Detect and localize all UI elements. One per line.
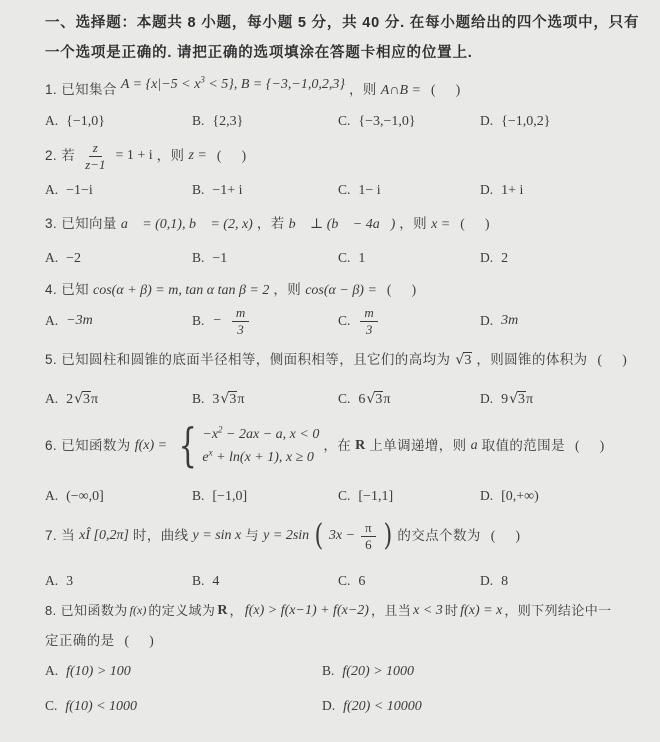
exam-page: 一、选择题：本题共 8 小题，每小题 5 分，共 40 分. 在每小题给出的四个… <box>0 0 660 742</box>
q3-x-expr: x = <box>431 216 450 234</box>
q5-option-a: A.2√3π <box>45 391 192 409</box>
q3-answer-blank: ( ) <box>460 216 489 233</box>
q2-frac-denominator: z−1 <box>81 157 109 173</box>
q4-option-a-value: −3m <box>66 312 93 330</box>
q4-option-b-denominator: 3 <box>233 322 248 338</box>
question-5-stem: 5. 已知圆柱和圆锥的底面半径相等，侧面积相等，且它们的高均为 √3 ，则圆锥的… <box>45 352 648 370</box>
q5-option-b-value: 3√3π <box>212 391 244 409</box>
q2-z-expr: z = <box>188 147 206 165</box>
q1-option-d-value: {−1,0,2} <box>501 113 550 131</box>
q7-curve1-formula: y = sin x <box>193 527 242 545</box>
question-6-stem: 6. 已知函数为 f(x) = { −x2 − 2ax − a, x < 0 e… <box>45 422 648 470</box>
q8-inequality-formula: f(x) > f(x−1) + f(x−2) <box>245 602 369 620</box>
question-8-options-row-1: A.f(10) > 100 B.f(20) > 1000 <box>45 663 648 681</box>
q1-option-d-label: D. <box>480 113 493 130</box>
q8-answer-blank: ( ) <box>125 633 154 650</box>
q6-post2-text: 取值的范围是 <box>482 438 565 455</box>
q1-option-d: D.{−1,0,2} <box>480 113 648 131</box>
q7-mid2-text: 与 <box>245 528 259 545</box>
q2-option-b-label: B. <box>192 182 204 199</box>
q5-option-d-coef: 9 <box>501 392 508 407</box>
q1-option-c-label: C. <box>338 113 350 130</box>
q5-option-c-radicand: 3 <box>374 391 383 407</box>
q6-row1-rest: − 2ax − a, x < 0 <box>223 427 320 442</box>
q7-curve2-formula: y = 2sin <box>263 527 309 545</box>
q5-option-d: D.9√3π <box>480 391 648 409</box>
q5-option-c-pi: π <box>383 392 390 407</box>
q8-cn2-text: 的定义域为 <box>148 603 215 619</box>
question-2-options: A.−1−i B.−1+ i C.1− i D.1+ i <box>45 182 648 200</box>
q6-option-b-value: [−1,0] <box>212 488 247 506</box>
q3-perpendicular-formula: b⃗ ⊥ (b⃗ − 4a⃗) <box>289 216 396 234</box>
q8-cn4-text: 时 <box>445 603 458 619</box>
question-8-stem-line-2: 定正确的是 ( ) <box>45 633 648 650</box>
q1-set-b: < 5}, B = {−3,−1,0,2,3} <box>205 77 345 92</box>
exam-header-line-2: 一个选项是正确的. 请把正确的选项填涂在答题卡相应的位置上. <box>45 44 648 62</box>
q5-option-d-label: D. <box>480 391 493 408</box>
q6-piecewise: { −x2 − 2ax − a, x < 0 ex + ln(x + 1), x… <box>173 426 319 466</box>
q4-option-d-value: 3m <box>501 312 518 330</box>
q8-option-c-label: C. <box>45 698 57 715</box>
q6-a-variable: a <box>471 437 478 455</box>
q4-trig-formula: cos(α + β) = m, tan α tan β = 2 <box>93 282 269 300</box>
q8-option-b-value: f(20) > 1000 <box>342 663 414 681</box>
q5-option-a-coef: 2 <box>66 392 73 407</box>
q2-option-a: A.−1−i <box>45 182 192 200</box>
q7-frac-numerator: π <box>361 520 376 537</box>
q2-option-a-value: −1−i <box>66 182 93 200</box>
q3-option-b-label: B. <box>192 250 204 267</box>
q2-option-c-label: C. <box>338 182 350 199</box>
q1-option-c: C.{−3,−1,0} <box>338 113 480 131</box>
q7-option-c: C.6 <box>338 573 480 591</box>
q8-option-a-value: f(10) > 100 <box>66 663 131 681</box>
q3-option-d-value: 2 <box>501 250 508 268</box>
q7-option-a-value: 3 <box>66 573 73 591</box>
q8-option-d-label: D. <box>322 698 335 715</box>
q6-option-b-label: B. <box>192 488 204 505</box>
q4-option-c-denominator: 3 <box>362 322 377 338</box>
q6-answer-blank: ( ) <box>575 438 604 455</box>
q6-option-b: B.[−1,0] <box>192 488 338 506</box>
q5-option-d-pi: π <box>526 392 533 407</box>
q7-option-b: B.4 <box>192 573 338 591</box>
question-4-options: A.−3m B.−m3 C.m3 D.3m <box>45 303 648 339</box>
q5-option-c-coef: 6 <box>358 392 365 407</box>
q8-option-a-label: A. <box>45 663 58 680</box>
q4-option-c: C.m3 <box>338 305 480 337</box>
q5-option-b-radicand: 3 <box>228 391 237 407</box>
q6-option-d: D.[0,+∞) <box>480 488 648 506</box>
q5-sqrt3: √3 <box>454 352 472 370</box>
q6-piecewise-rows: −x2 − 2ax − a, x < 0 ex + ln(x + 1), x ≥… <box>202 426 319 466</box>
q7-answer-blank: ( ) <box>491 528 520 545</box>
q3-option-a: A.−2 <box>45 250 192 268</box>
q6-fx-expr: f(x) = <box>135 437 167 455</box>
q7-pi-fraction: π6 <box>361 520 376 552</box>
q8-option-b-label: B. <box>322 663 334 680</box>
q5-option-b-label: B. <box>192 391 204 408</box>
q2-pre-text: 2. 若 <box>45 148 75 165</box>
q2-frac-numerator: z <box>89 140 102 157</box>
q6-option-a-label: A. <box>45 488 58 505</box>
q5-answer-blank: ( ) <box>598 352 627 369</box>
q8-line2-text: 定正确的是 <box>45 633 115 650</box>
q6-option-d-value: [0,+∞) <box>501 488 539 506</box>
q7-mid-text: 时，曲线 <box>133 528 189 545</box>
question-8-options-row-2: C.f(10) < 1000 D.f(20) < 10000 <box>45 698 648 716</box>
q5-option-a-label: A. <box>45 391 58 408</box>
q2-option-d-label: D. <box>480 182 493 199</box>
q8-cn5-text: ，则下列结论中一 <box>504 603 611 619</box>
q2-answer-blank: ( ) <box>217 148 246 165</box>
header-text-1: 一、选择题：本题共 8 小题，每小题 5 分，共 40 分. 在每小题给出的四个… <box>45 14 639 32</box>
question-7-stem: 7. 当 xÎ [0,2π] 时，曲线 y = sin x 与 y = 2sin… <box>45 515 648 557</box>
q4-option-b-label: B. <box>192 313 204 330</box>
q3-option-d-label: D. <box>480 250 493 267</box>
q4-option-c-numerator: m <box>360 305 377 322</box>
q1-option-b: B.{2,3} <box>192 113 338 131</box>
q4-option-d: D.3m <box>480 312 648 330</box>
q3-pre-text: 3. 已知向量 <box>45 216 117 233</box>
q6-reals-symbol: R <box>355 437 365 455</box>
q4-option-a: A.−3m <box>45 312 192 330</box>
q3-vectors-formula: a⃗ = (0,1), b⃗ = (2, x) <box>121 216 253 234</box>
q7-option-d-value: 8 <box>501 573 508 591</box>
q2-equation: = 1 + i <box>115 147 152 165</box>
q6-option-c-value: [−1,1] <box>358 488 393 506</box>
q3-option-d: D.2 <box>480 250 648 268</box>
q6-row2-rest: + ln(x + 1), x ≥ 0 <box>213 450 314 465</box>
q2-option-b-value: −1+ i <box>212 182 242 200</box>
q5-option-c-label: C. <box>338 391 350 408</box>
q3-mid-text: ，若 <box>257 216 285 233</box>
q1-option-a-value: {−1,0} <box>66 113 105 131</box>
header-text-2: 一个选项是正确的. 请把正确的选项填涂在答题卡相应的位置上. <box>45 44 473 62</box>
q3-option-b-value: −1 <box>212 250 227 268</box>
q4-option-b-numerator: m <box>232 305 249 322</box>
question-5-options: A.2√3π B.3√3π C.6√3π D.9√3π <box>45 391 648 409</box>
q6-option-c: C.[−1,1] <box>338 488 480 506</box>
q7-pre-text: 7. 当 <box>45 528 75 545</box>
q5-option-c: C.6√3π <box>338 391 480 409</box>
q1-intersection-expr: A∩B = <box>381 82 421 100</box>
q3-option-b: B.−1 <box>192 250 338 268</box>
q5-option-c-value: 6√3π <box>358 391 390 409</box>
q6-option-a-value: (−∞,0] <box>66 488 104 506</box>
q2-option-c: C.1− i <box>338 182 480 200</box>
q7-option-c-label: C. <box>338 573 350 590</box>
q4-option-d-label: D. <box>480 313 493 330</box>
q1-pre-text: 1. 已知集合 <box>45 82 117 99</box>
q7-option-a-label: A. <box>45 573 58 590</box>
q3-option-c-label: C. <box>338 250 350 267</box>
question-8-stem-line-1: 8. 已知函数为 f(x) 的定义域为 R ， f(x) > f(x−1) + … <box>45 602 648 620</box>
q7-option-d-label: D. <box>480 573 493 590</box>
q2-option-c-value: 1− i <box>358 182 380 200</box>
q5-option-a-radicand: 3 <box>82 391 91 407</box>
question-1-options: A.{−1,0} B.{2,3} C.{−3,−1,0} D.{−1,0,2} <box>45 113 648 131</box>
q4-option-c-fraction: m3 <box>360 305 377 337</box>
question-6-options: A.(−∞,0] B.[−1,0] C.[−1,1] D.[0,+∞) <box>45 488 648 506</box>
q7-option-a: A.3 <box>45 573 192 591</box>
q1-mid-text: ，则 <box>349 82 377 99</box>
q6-option-c-label: C. <box>338 488 350 505</box>
q7-option-b-value: 4 <box>212 573 219 591</box>
q7-option-b-label: B. <box>192 573 204 590</box>
q7-option-c-value: 6 <box>358 573 365 591</box>
q1-set-a: A = {x|−5 < x <box>121 77 201 92</box>
q7-option-d: D.8 <box>480 573 648 591</box>
q5-option-b-coef: 3 <box>212 392 219 407</box>
q6-piecewise-row-2: ex + ln(x + 1), x ≥ 0 <box>202 449 319 467</box>
question-2-stem: 2. 若 zz−1 = 1 + i ，则 z = ( ) <box>45 138 648 174</box>
q2-fraction: zz−1 <box>81 140 109 172</box>
q8-reals-symbol: R <box>217 602 227 620</box>
q2-mid-text: ，则 <box>157 148 185 165</box>
q6-option-d-label: D. <box>480 488 493 505</box>
q6-post-text: 上单调递增，则 <box>369 438 466 455</box>
q8-option-c: C.f(10) < 1000 <box>45 698 322 716</box>
q8-cn1-text: 8. 已知函数为 <box>45 603 128 619</box>
q8-option-d-value: f(20) < 10000 <box>343 698 422 716</box>
q7-post-text: 的交点个数为 <box>397 528 480 545</box>
q8-cn3-text: ，且当 <box>371 603 411 619</box>
q5-option-b-pi: π <box>237 392 244 407</box>
q6-piecewise-row-1: −x2 − 2ax − a, x < 0 <box>202 426 319 444</box>
q1-set-formula: A = {x|−5 < x3 < 5}, B = {−3,−1,0,2,3} <box>121 76 345 94</box>
q1-option-c-value: {−3,−1,0} <box>358 113 415 131</box>
q2-option-b: B.−1+ i <box>192 182 338 200</box>
q3-option-c: C.1 <box>338 250 480 268</box>
q4-mid-text: ，则 <box>273 282 301 299</box>
q7-open-paren: ( <box>315 524 324 548</box>
q1-option-a: A.{−1,0} <box>45 113 192 131</box>
q6-mid-text: ，在 <box>323 438 351 455</box>
q5-radicand: 3 <box>463 352 472 368</box>
q6-piecewise-brace: { <box>179 426 197 465</box>
q4-option-b: B.−m3 <box>192 305 338 337</box>
q7-domain-formula: xÎ [0,2π] <box>79 527 129 545</box>
q5-pre-text: 5. 已知圆柱和圆锥的底面半径相等，侧面积相等，且它们的高均为 <box>45 352 450 369</box>
q4-cos-expr: cos(α − β) = <box>305 282 377 300</box>
q4-option-b-fraction: m3 <box>232 305 249 337</box>
q8-fx-small: f(x) <box>130 603 147 618</box>
q6-option-a: A.(−∞,0] <box>45 488 192 506</box>
q4-answer-blank: ( ) <box>387 282 416 299</box>
q1-answer-blank: ( ) <box>431 82 460 99</box>
q6-row1-base: −x <box>202 427 218 442</box>
q5-option-b: B.3√3π <box>192 391 338 409</box>
q4-option-a-label: A. <box>45 313 58 330</box>
question-3-stem: 3. 已知向量 a⃗ = (0,1), b⃗ = (2, x) ，若 b⃗ ⊥ … <box>45 216 648 234</box>
q4-option-b-minus: − <box>212 312 221 330</box>
q2-option-d-value: 1+ i <box>501 182 523 200</box>
q8-option-a: A.f(10) > 100 <box>45 663 322 681</box>
q8-option-c-value: f(10) < 1000 <box>65 698 137 716</box>
question-7-options: A.3 B.4 C.6 D.8 <box>45 573 648 591</box>
q8-option-b: B.f(20) > 1000 <box>322 663 648 681</box>
q3-option-c-value: 1 <box>358 250 365 268</box>
q6-pre-text: 6. 已知函数为 <box>45 438 131 455</box>
q3-post-text: ，则 <box>399 216 427 233</box>
q3-option-a-label: A. <box>45 250 58 267</box>
q4-option-c-label: C. <box>338 313 350 330</box>
question-4-stem: 4. 已知 cos(α + β) = m, tan α tan β = 2 ，则… <box>45 282 648 300</box>
q8-option-d: D.f(20) < 10000 <box>322 698 648 716</box>
q5-option-d-radicand: 3 <box>517 391 526 407</box>
q8-fx-equals-x: f(x) = x <box>460 602 502 620</box>
q5-option-d-value: 9√3π <box>501 391 533 409</box>
exam-header-line-1: 一、选择题：本题共 8 小题，每小题 5 分，共 40 分. 在每小题给出的四个… <box>45 14 648 32</box>
q1-option-b-label: B. <box>192 113 204 130</box>
q1-option-b-value: {2,3} <box>212 113 243 131</box>
q8-comma: ， <box>229 603 242 619</box>
q4-pre-text: 4. 已知 <box>45 282 89 299</box>
q2-option-d: D.1+ i <box>480 182 648 200</box>
q1-option-a-label: A. <box>45 113 58 130</box>
q2-option-a-label: A. <box>45 182 58 199</box>
q7-close-paren: ) <box>383 524 392 548</box>
question-1-stem: 1. 已知集合 A = {x|−5 < x3 < 5}, B = {−3,−1,… <box>45 82 648 100</box>
q7-inner-expr: 3x − <box>329 527 355 545</box>
question-3-options: A.−2 B.−1 C.1 D.2 <box>45 250 648 268</box>
q5-option-a-value: 2√3π <box>66 391 98 409</box>
q5-option-a-pi: π <box>91 392 98 407</box>
q5-post-text: ，则圆锥的体积为 <box>476 352 587 369</box>
q8-x-condition: x < 3 <box>413 602 443 620</box>
q7-frac-denominator: 6 <box>361 537 376 553</box>
q3-option-a-value: −2 <box>66 250 81 268</box>
